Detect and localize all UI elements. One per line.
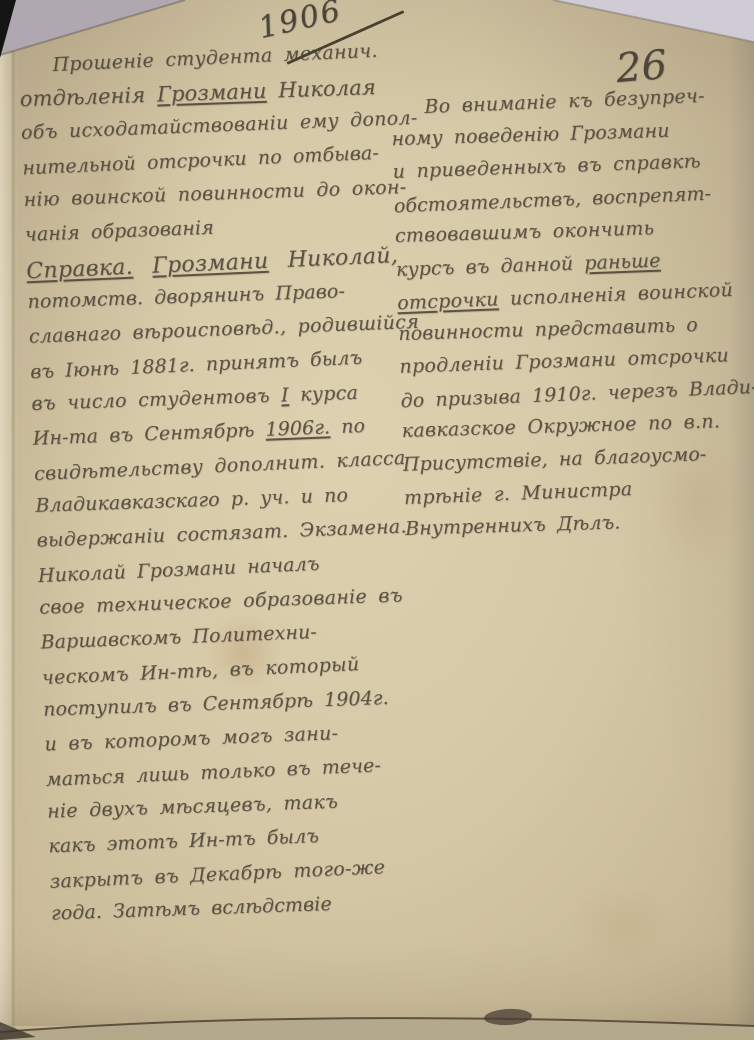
handwritten-text: Николая: [266, 75, 376, 103]
handwritten-text: [132, 254, 152, 280]
underlined-word: Грозмани: [157, 79, 267, 107]
left-text-column: Прошеніе студента механич.отдѣленія Гроз…: [18, 40, 416, 937]
backing-top-left: [0, 0, 185, 55]
underlined-word: раньше: [584, 249, 661, 274]
right-text-column: Во вниманіе къ безупреч-ному поведенію Г…: [390, 84, 754, 551]
handwritten-text: курса: [288, 382, 358, 406]
underlined-word: отсрочки: [397, 288, 499, 314]
paper-stain: [552, 872, 692, 982]
paper-fore-edge: [0, 0, 18, 1040]
underlined-word: Грозмани: [152, 249, 269, 279]
backing-top-right: [553, 0, 754, 42]
archive-page-number: 26: [614, 42, 669, 92]
handwritten-text: Во вниманіе къ безупреч-: [390, 85, 705, 120]
document-scan-page: 1906 26 Прошеніе студента механич.отдѣле…: [0, 0, 754, 1040]
year-annotation: 1906: [255, 0, 345, 46]
underlined-word: 1906г.: [265, 416, 330, 440]
handwritten-text: отдѣленія: [19, 83, 157, 112]
top-left-paper-edge: [0, 0, 185, 55]
handwritten-text: Николай,: [268, 243, 399, 274]
handwritten-text: по: [330, 415, 366, 438]
underlined-word: Справка.: [26, 255, 134, 285]
top-right-paper-edge: [553, 0, 754, 42]
